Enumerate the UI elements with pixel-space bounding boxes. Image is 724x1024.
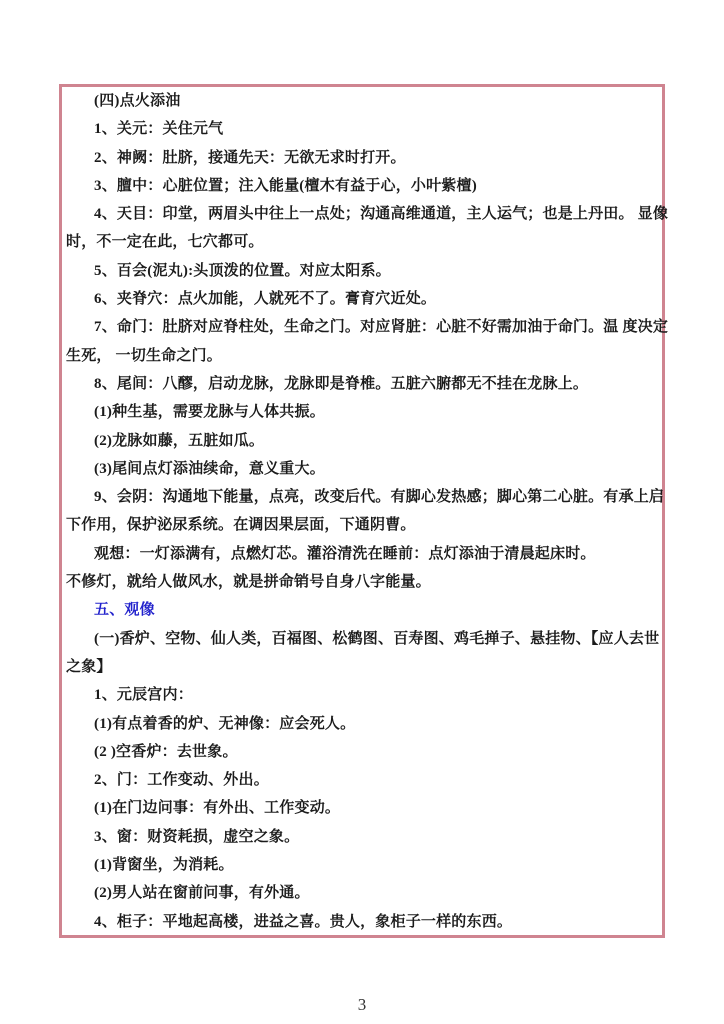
text-line: 下作用，保护泌尿系统。在调因果层面，下通阴曹。 [66,511,658,539]
text-line: 3、窗：财资耗损，虚空之象。 [66,823,658,851]
page-number: 3 [0,995,724,1015]
text-line: 7、命门：肚脐对应脊柱处，生命之门。对应肾脏：心脏不好需加油于命门。温 度决定 [66,313,658,341]
text-line: 2、门：工作变动、外出。 [66,766,658,794]
text-line: 3、膻中：心脏位置；注入能量(檀木有益于心，小叶紫檀) [66,172,658,200]
text-line: (2 )空香炉：去世象。 [66,738,658,766]
text-line: 9、会阴：沟通地下能量，点亮，改变后代。有脚心发热感；脚心第二心脏。有承上启 [66,483,658,511]
text-line: (四)点火添油 [66,87,658,115]
text-line: 生死， 一切生命之门。 [66,342,658,370]
section-heading: 五、观像 [66,596,658,624]
text-line: (1)背窗坐，为消耗。 [66,851,658,879]
text-line: 之象】 [66,653,658,681]
text-line: 5、百会(泥丸):头顶泼的位置。对应太阳系。 [66,257,658,285]
text-line: 2、神阙：肚脐，接通先天：无欲无求时打开。 [66,144,658,172]
text-line: 1、关元：关住元气 [66,115,658,143]
text-line: (3)尾间点灯添油续命，意义重大。 [66,455,658,483]
text-line: 不修灯，就给人做风水，就是拼命销号自身八字能量。 [66,568,658,596]
text-line: 4、天目：印堂，两眉头中往上一点处；沟通高维通道，主人运气；也是上丹田。 显像 [66,200,658,228]
document-page: (四)点火添油1、关元：关住元气2、神阙：肚脐，接通先天：无欲无求时打开。3、膻… [0,0,724,1024]
text-line: 4、柜子：平地起高楼，进益之喜。贵人，象柜子一样的东西。 [66,908,658,936]
content-border-box: (四)点火添油1、关元：关住元气2、神阙：肚脐，接通先天：无欲无求时打开。3、膻… [59,84,665,938]
text-line: (2)男人站在窗前问事，有外通。 [66,879,658,907]
text-line: 6、夹脊穴：点火加能，人就死不了。膏育穴近处。 [66,285,658,313]
text-line: (2)龙脉如藤，五脏如瓜。 [66,427,658,455]
text-line: (1)在门边问事：有外出、工作变动。 [66,794,658,822]
text-line: (1)有点着香的炉、无神像：应会死人。 [66,710,658,738]
document-text: (四)点火添油1、关元：关住元气2、神阙：肚脐，接通先天：无欲无求时打开。3、膻… [66,87,658,936]
text-line: 观想：一灯添满有，点燃灯芯。灌浴清洗在睡前：点灯添油于清晨起床时。 [66,540,658,568]
text-line: 时，不一定在此，七穴都可。 [66,228,658,256]
text-line: (一)香炉、空物、仙人类，百福图、松鹤图、百寿图、鸡毛掸子、悬挂物、【应人去世 [66,625,658,653]
text-line: (1)种生基，需要龙脉与人体共振。 [66,398,658,426]
text-line: 8、尾间：八醪，启动龙脉，龙脉即是脊椎。五脏六腑都无不挂在龙脉上。 [66,370,658,398]
text-line: 1、元辰宫内： [66,681,658,709]
